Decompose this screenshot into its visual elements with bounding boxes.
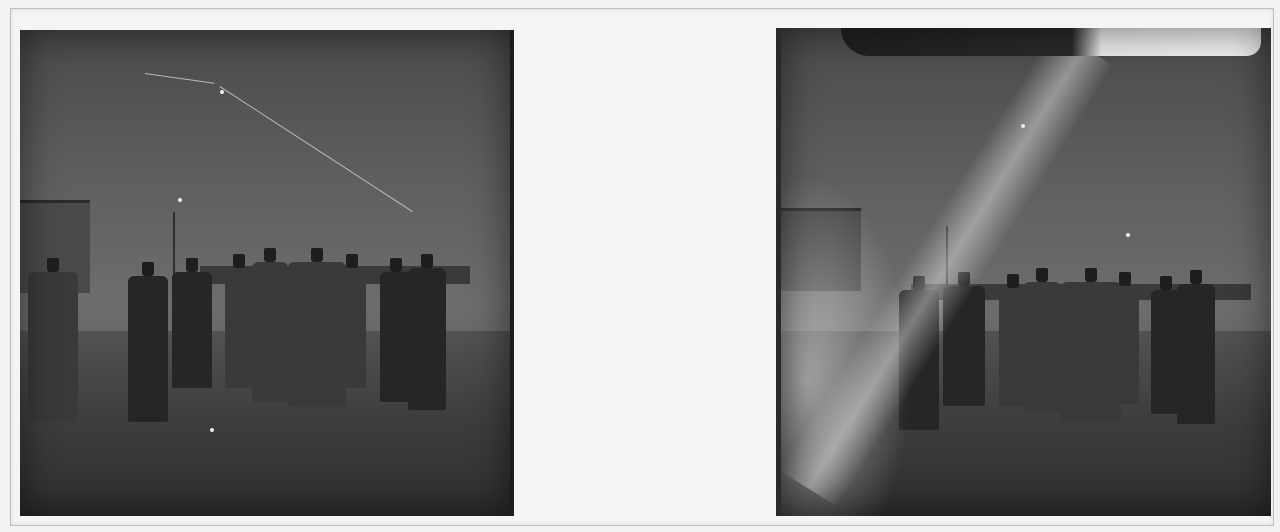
peeled-emulsion xyxy=(841,28,1261,56)
soldier-figure xyxy=(172,272,212,388)
soldier-figure xyxy=(1177,284,1215,424)
right-photo-panel xyxy=(776,28,1271,516)
dust-speck xyxy=(220,90,224,94)
soldier-figure xyxy=(225,268,253,388)
dust-speck xyxy=(178,198,182,202)
soldier-figure xyxy=(128,276,168,422)
soldier-figure xyxy=(338,268,366,388)
soldier-figure xyxy=(1023,282,1061,412)
dust-speck xyxy=(210,428,214,432)
soldier-figure xyxy=(252,262,288,402)
left-photo-panel xyxy=(20,30,514,516)
soldier-figure xyxy=(408,268,446,410)
soldier-figure xyxy=(1111,286,1139,404)
dust-speck xyxy=(1126,233,1130,237)
dust-speck xyxy=(1021,124,1025,128)
light-haze xyxy=(781,174,911,516)
soldier-figure xyxy=(28,272,78,422)
